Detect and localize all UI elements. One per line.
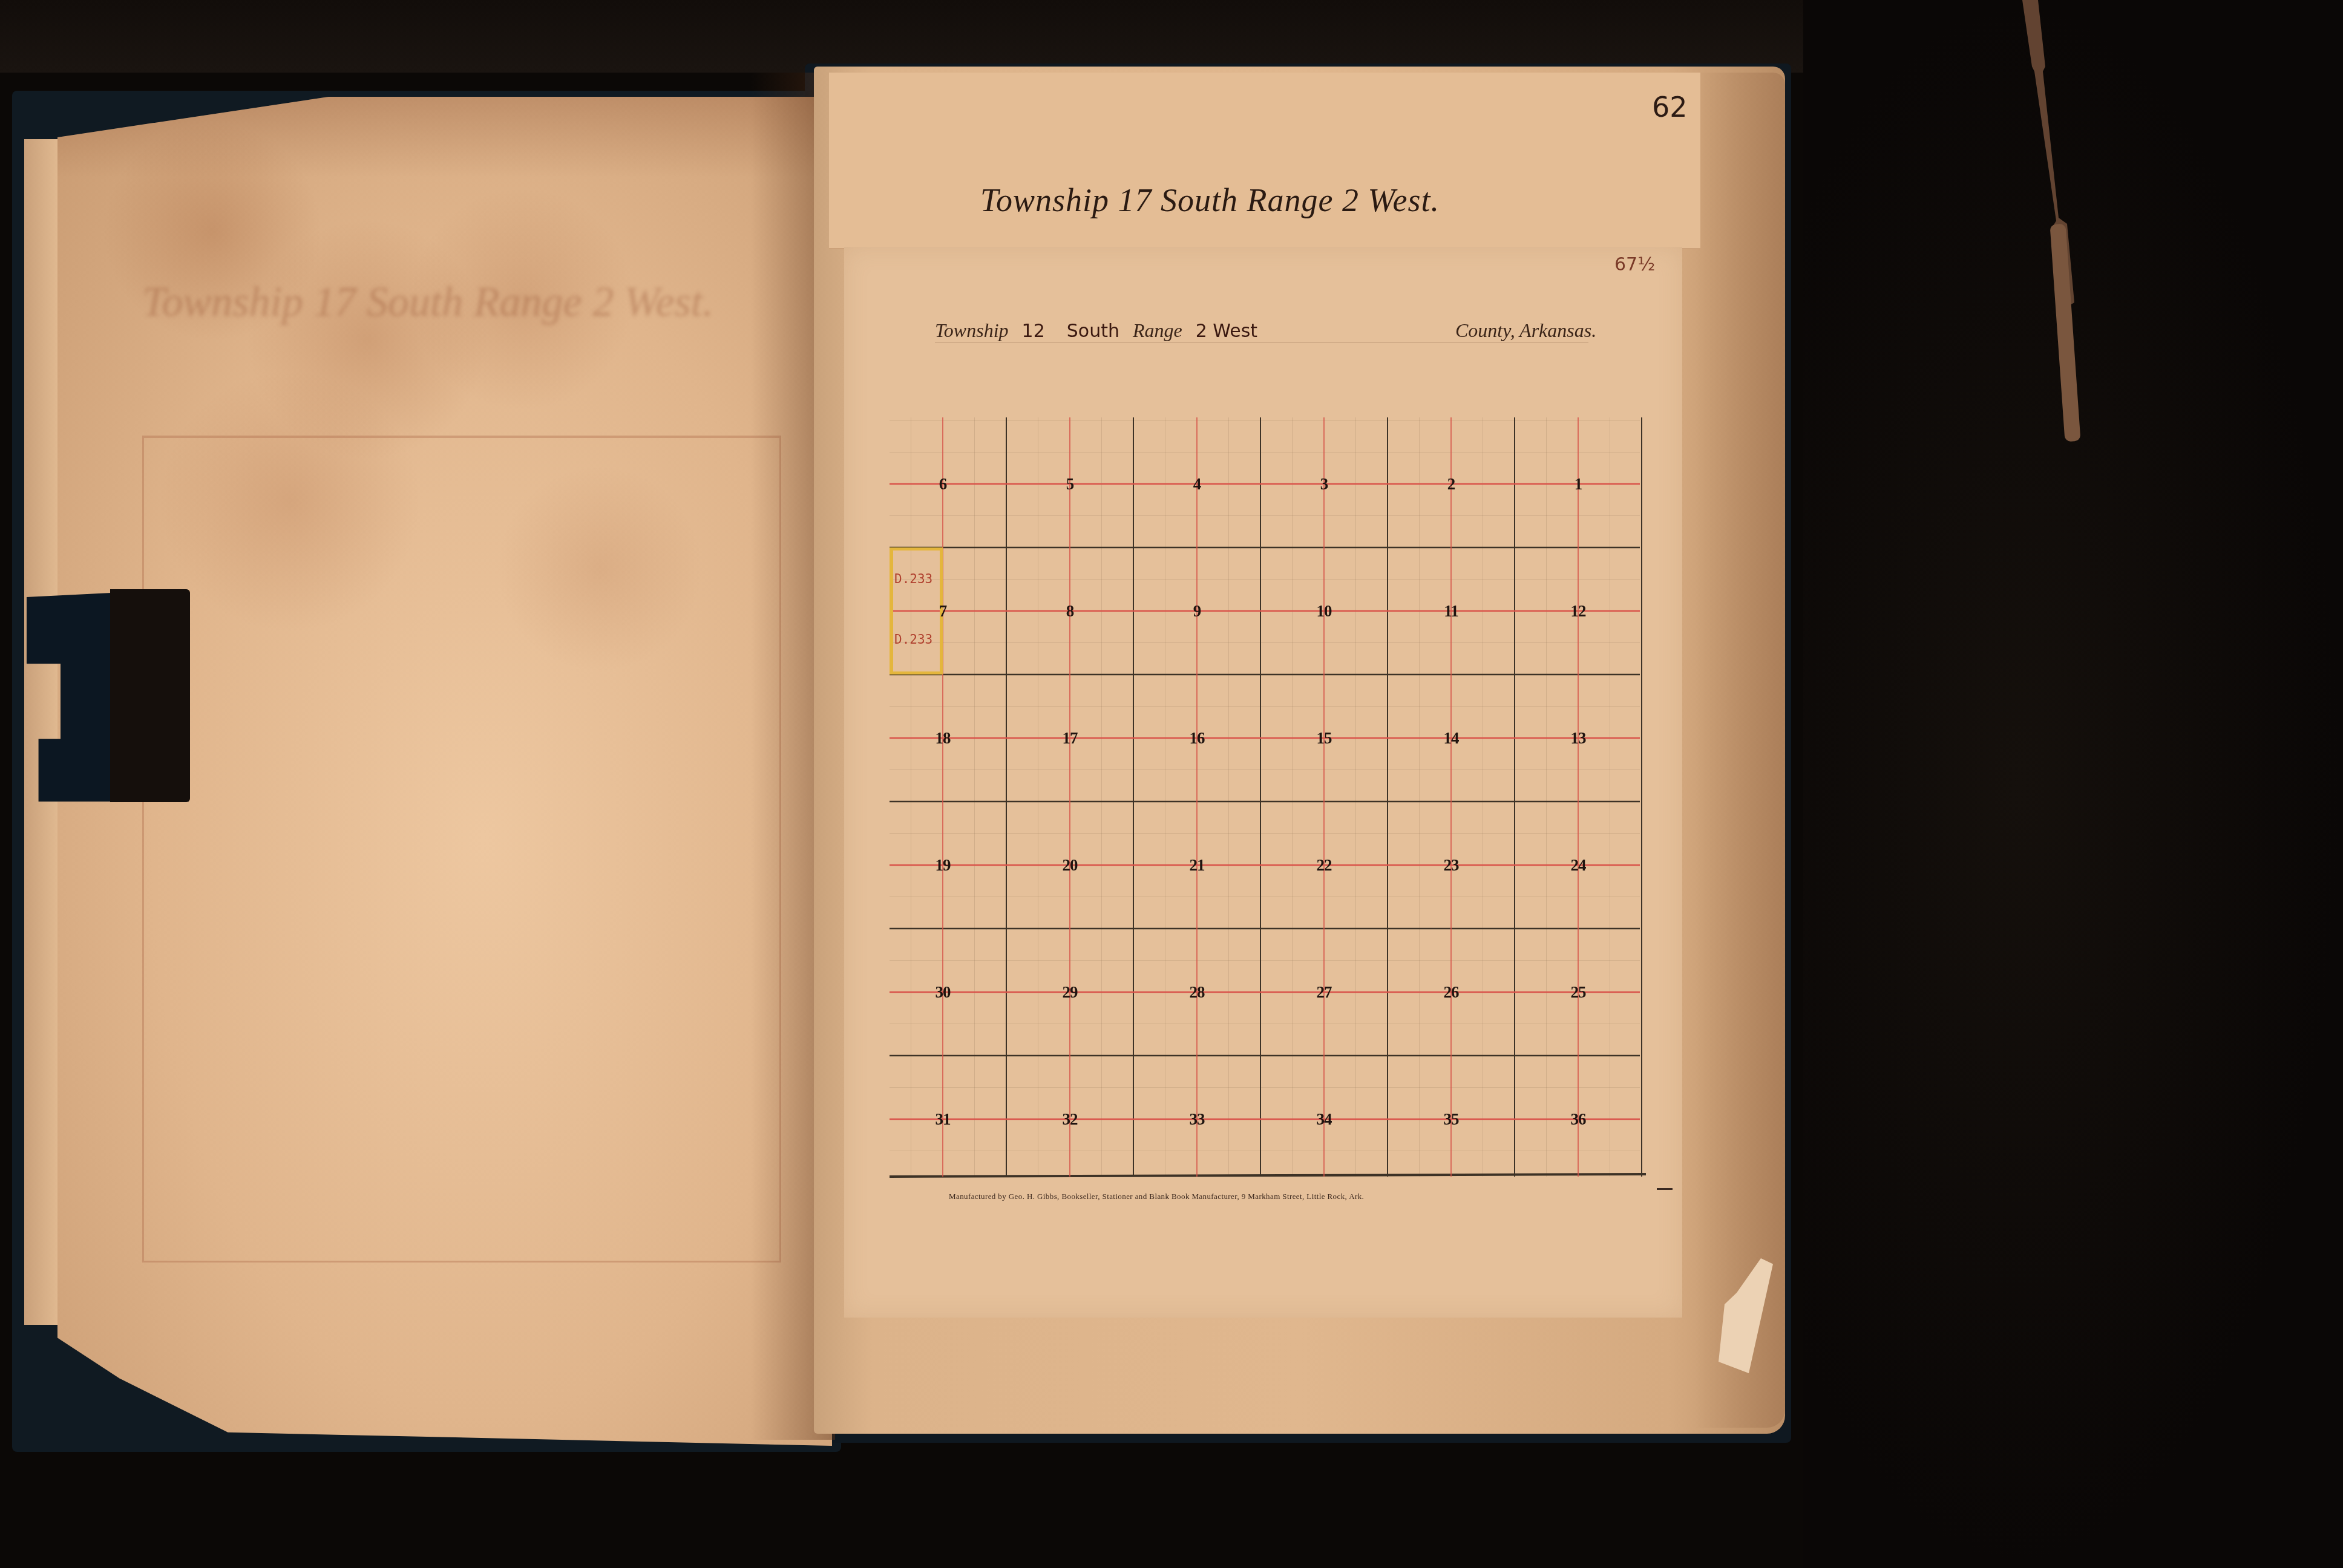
- section-number: 36: [1571, 1110, 1586, 1129]
- parcel-note: D.233: [894, 632, 932, 647]
- section-number: 32: [1063, 1110, 1078, 1129]
- section-number: 14: [1444, 729, 1459, 748]
- bleed-through-heading: Township 17 South Range 2 West.: [142, 278, 747, 327]
- section-number: 35: [1444, 1110, 1459, 1129]
- section-number: 2: [1447, 475, 1455, 494]
- book-weight-face: [27, 593, 111, 802]
- section-number: 10: [1317, 602, 1332, 621]
- book-weight-side: [110, 589, 190, 802]
- range-label: Range: [1133, 319, 1182, 341]
- manufacturer-imprint: Manufactured by Geo. H. Gibbs, Bookselle…: [949, 1192, 1364, 1201]
- section-number: 13: [1571, 729, 1586, 748]
- section-number: 1: [1575, 475, 1582, 494]
- section-number: 4: [1193, 475, 1201, 494]
- parcel-note: D.233: [894, 572, 932, 586]
- sheet-title: Township 12 South Range 2 West: [935, 319, 1266, 342]
- section-number: 22: [1317, 856, 1332, 875]
- section-number: 16: [1190, 729, 1205, 748]
- spatula-tool[interactable]: [2021, 0, 2082, 448]
- section-number: 12: [1571, 602, 1586, 621]
- section-number: 7: [939, 602, 947, 621]
- section-number: 27: [1317, 983, 1332, 1002]
- title-rule: [935, 342, 1588, 343]
- page-heading: Township 17 South Range 2 West.: [980, 181, 1525, 219]
- section-number: 9: [1193, 602, 1201, 621]
- section-number: 20: [1063, 856, 1078, 875]
- margin-tick: [1657, 1188, 1673, 1190]
- section-number: 21: [1190, 856, 1205, 875]
- bleed-through-grid: [142, 436, 781, 1263]
- range-value: 2 West: [1196, 321, 1257, 342]
- section-number: 30: [936, 983, 951, 1002]
- section-number: 25: [1571, 983, 1586, 1002]
- grid-lines: [890, 417, 1646, 1180]
- section-number: 33: [1190, 1110, 1205, 1129]
- section-number: 18: [936, 729, 951, 748]
- section-number: 19: [936, 856, 951, 875]
- township-direction: South: [1067, 321, 1119, 342]
- highlighted-parcel: [890, 547, 943, 675]
- page-number: 62: [1652, 91, 1688, 123]
- section-number: 11: [1444, 602, 1458, 621]
- right-page-edge: [1694, 73, 1785, 1428]
- section-number: 29: [1063, 983, 1078, 1002]
- county-label: County, Arkansas.: [1455, 319, 1596, 342]
- section-number: 23: [1444, 856, 1459, 875]
- section-number: 26: [1444, 983, 1459, 1002]
- section-number: 3: [1320, 475, 1328, 494]
- section-number: 17: [1063, 729, 1078, 748]
- township-number: 12: [1022, 321, 1045, 342]
- section-number: 34: [1317, 1110, 1332, 1129]
- sheet-reference-note: 67½: [1614, 254, 1655, 275]
- book-weight[interactable]: [27, 593, 190, 802]
- section-number: 5: [1066, 475, 1074, 494]
- section-number: 24: [1571, 856, 1586, 875]
- section-number: 8: [1066, 602, 1074, 621]
- section-number: 31: [936, 1110, 951, 1129]
- section-number: 15: [1317, 729, 1332, 748]
- township-grid: D.233 D.233 6543217891011121817161514131…: [890, 417, 1646, 1180]
- section-number: 28: [1190, 983, 1205, 1002]
- heading-strip: [829, 73, 1700, 249]
- section-number: 6: [939, 475, 947, 494]
- title-prefix: Township: [935, 319, 1009, 341]
